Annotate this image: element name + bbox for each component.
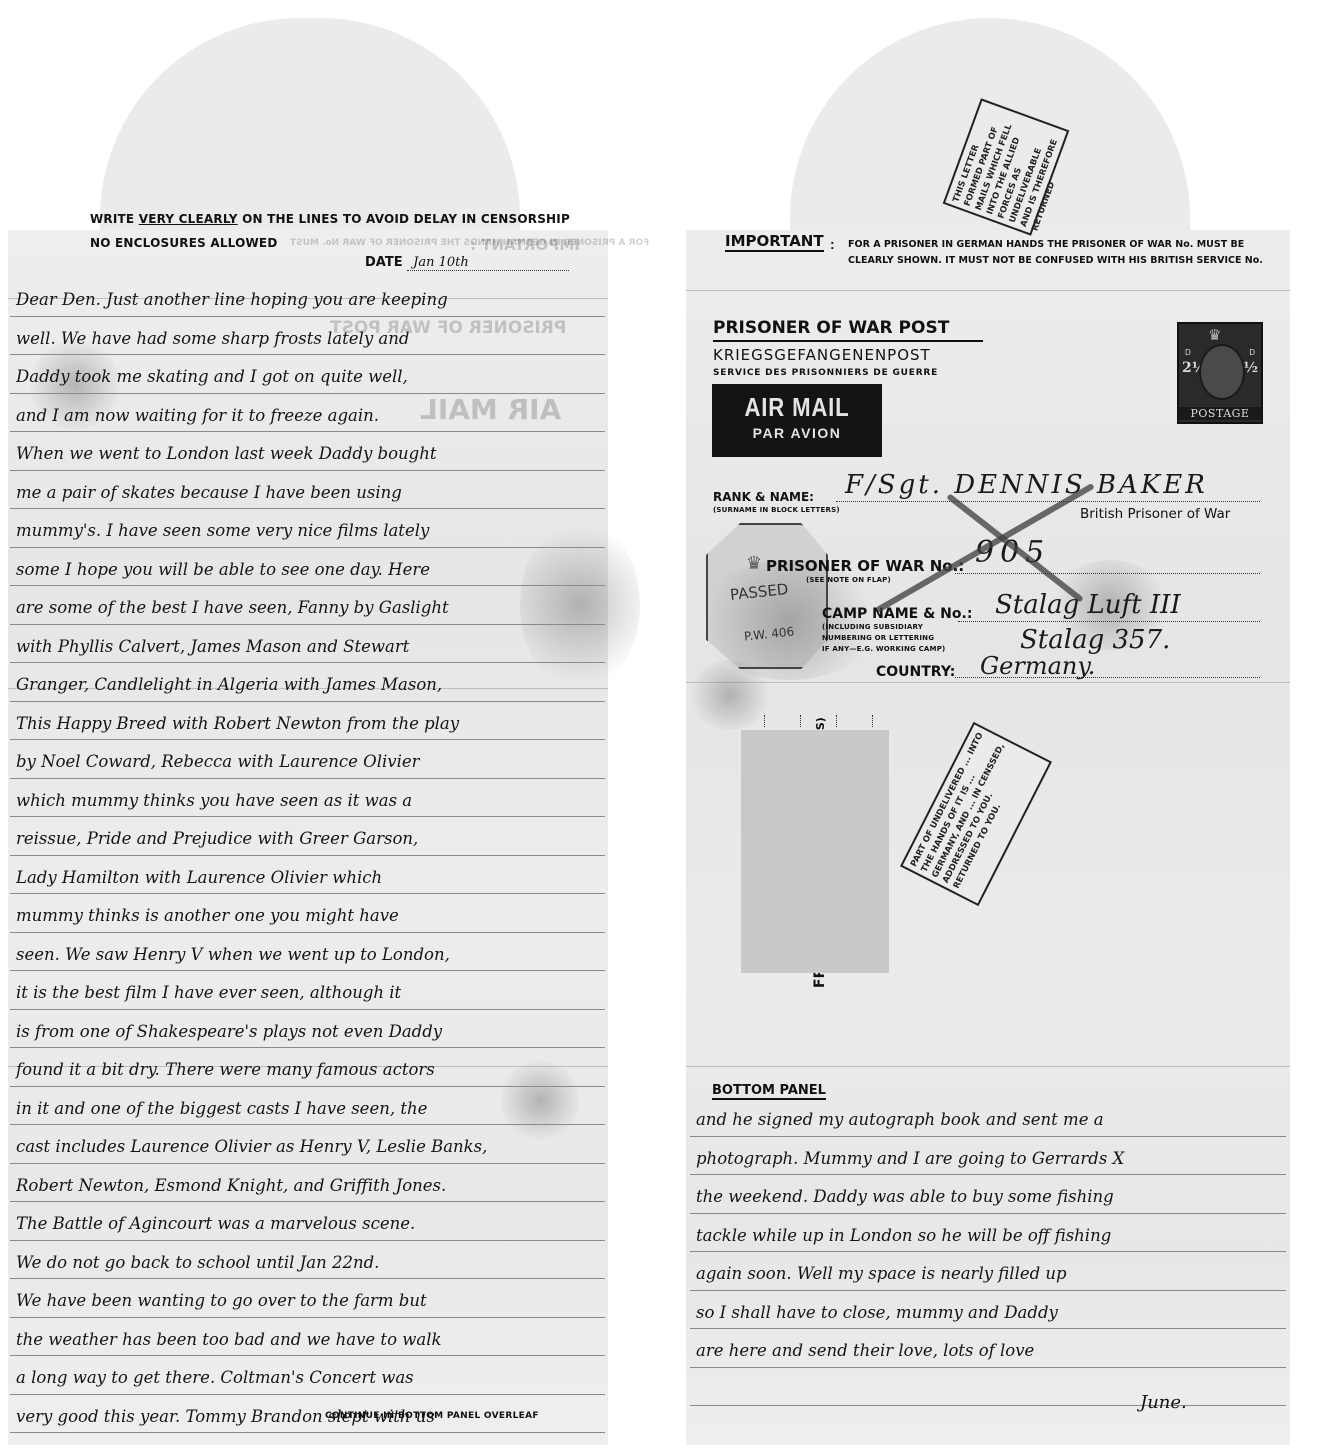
handwritten-line: by Noel Coward, Rebecca with Laurence Ol… xyxy=(10,740,605,779)
handwritten-line: Daddy took me skating and I got on quite… xyxy=(10,355,605,394)
camp-value-2: Stalag 357. xyxy=(1020,625,1170,655)
handwritten-line: it is the best film I have ever seen, al… xyxy=(10,971,605,1010)
handwritten-line: me a pair of skates because I have been … xyxy=(10,471,605,510)
pow-post-title: PRISONER OF WAR POST xyxy=(713,318,983,342)
dotted-line xyxy=(764,715,766,727)
french-subtitle: SERVICE DES PRISONNIERS DE GUERRE xyxy=(713,368,938,378)
passed-censor-stamp: ♛ PASSED P.W. 406 xyxy=(706,523,828,669)
handwritten-line: mummy thinks is another one you might ha… xyxy=(10,894,605,933)
important-notice: FOR A PRISONER IN GERMAN HANDS THE PRISO… xyxy=(848,237,1268,269)
letter-body-bottom-panel: and he signed my autograph book and sent… xyxy=(690,1098,1286,1406)
handwritten-line: and I am now waiting for it to freeze ag… xyxy=(10,394,605,433)
airmail-label: AIR MAIL PAR AVION xyxy=(712,384,882,457)
letter-body-left: Dear Den. Just another line hoping you a… xyxy=(10,278,605,1433)
handwritten-line: Lady Hamilton with Laurence Olivier whic… xyxy=(10,856,605,895)
handwritten-line: The Battle of Agincourt was a marvelous … xyxy=(10,1202,605,1241)
bleed-through-text: IMPORTANT : xyxy=(470,236,580,254)
british-pow-note: British Prisoner of War xyxy=(1080,506,1230,522)
handwritten-line: again soon. Well my space is nearly fill… xyxy=(690,1252,1286,1291)
handwritten-line: cast includes Laurence Olivier as Henry … xyxy=(10,1125,605,1164)
important-colon: : xyxy=(830,236,835,252)
handwritten-line: We have been wanting to go over to the f… xyxy=(10,1279,605,1318)
king-portrait-icon xyxy=(1199,344,1245,400)
handwritten-line: tackle while up in London so he will be … xyxy=(690,1214,1286,1253)
handwritten-line: a long way to get there. Coltman's Conce… xyxy=(10,1356,605,1395)
handwritten-line: found it a bit dry. There were many famo… xyxy=(10,1048,605,1087)
country-field: COUNTRY: xyxy=(876,661,955,680)
signature: June. xyxy=(1140,1392,1187,1413)
fold-line xyxy=(686,682,1290,683)
handwritten-line: so I shall have to close, mummy and Dadd… xyxy=(690,1291,1286,1330)
fold-line xyxy=(686,290,1290,291)
date-value: Jan 10th xyxy=(407,255,569,271)
dotted-line xyxy=(836,500,1260,502)
rank-name-value: F/Sgt. DENNIS BAKER xyxy=(845,470,1208,500)
dotted-line xyxy=(800,715,802,727)
handwritten-line: with Phyllis Calvert, James Mason and St… xyxy=(10,625,605,664)
handwritten-line: We do not go back to school until Jan 22… xyxy=(10,1241,605,1280)
handwritten-line: the weekend. Daddy was able to buy some … xyxy=(690,1175,1286,1214)
handwritten-line: in it and one of the biggest casts I hav… xyxy=(10,1087,605,1126)
camp-field: CAMP NAME & No.: (INCLUDING SUBSIDIARY N… xyxy=(822,603,972,655)
no-enclosures-notice: NO ENCLOSURES ALLOWED xyxy=(90,236,277,250)
handwritten-line xyxy=(690,1368,1286,1407)
redacted-sender-address xyxy=(741,730,889,973)
date-label: DATE xyxy=(365,255,403,270)
continue-note: CONTINUE IN BOTTOM PANEL OVERLEAF xyxy=(325,1411,539,1421)
crown-icon: ♛ xyxy=(746,553,762,574)
handwritten-line: When we went to London last week Daddy b… xyxy=(10,432,605,471)
handwritten-line: and he signed my autograph book and sent… xyxy=(690,1098,1286,1137)
handwritten-line: well. We have had some sharp frosts late… xyxy=(10,317,605,356)
crown-icon: ♛ xyxy=(1208,326,1221,344)
camp-value-1: Stalag Luft III xyxy=(995,590,1181,620)
handwritten-line: are some of the best I have seen, Fanny … xyxy=(10,586,605,625)
handwritten-line: which mummy thinks you have seen as it w… xyxy=(10,779,605,818)
censorship-instruction: WRITE VERY CLEARLY ON THE LINES TO AVOID… xyxy=(90,212,570,226)
handwritten-line: Dear Den. Just another line hoping you a… xyxy=(10,278,605,317)
handwritten-line: mummy's. I have seen some very nice film… xyxy=(10,509,605,548)
dotted-line xyxy=(955,572,1260,574)
handwritten-line: are here and send their love, lots of lo… xyxy=(690,1329,1286,1368)
handwritten-line: the weather has been too bad and we have… xyxy=(10,1318,605,1357)
handwritten-line: some I hope you will be able to see one … xyxy=(10,548,605,587)
rank-name-field: RANK & NAME: (SURNAME IN BLOCK LETTERS) xyxy=(713,486,840,516)
date-field: DATE Jan 10th xyxy=(365,255,569,271)
dotted-line xyxy=(836,715,838,727)
postage-stamp: ♛ D D 2½ 2½ POSTAGE xyxy=(1177,322,1263,424)
german-subtitle: KRIEGSGEFANGENENPOST xyxy=(713,346,931,364)
dotted-line xyxy=(958,620,1260,622)
dotted-line xyxy=(872,715,874,727)
handwritten-line: This Happy Breed with Robert Newton from… xyxy=(10,702,605,741)
handwritten-line: photograph. Mummy and I are going to Ger… xyxy=(690,1137,1286,1176)
country-value: Germany. xyxy=(980,652,1095,680)
handwritten-line: Robert Newton, Esmond Knight, and Griffi… xyxy=(10,1164,605,1203)
handwritten-line: seen. We saw Henry V when we went up to … xyxy=(10,933,605,972)
fold-line xyxy=(686,1066,1290,1067)
pow-number-field: PRISONER OF WAR No.: (SEE NOTE ON FLAP) xyxy=(766,556,964,586)
handwritten-line: Granger, Candlelight in Algeria with Jam… xyxy=(10,663,605,702)
handwritten-line: reissue, Pride and Prejudice with Greer … xyxy=(10,817,605,856)
handwritten-line: is from one of Shakespeare's plays not e… xyxy=(10,1010,605,1049)
important-label: IMPORTANT xyxy=(725,232,824,252)
